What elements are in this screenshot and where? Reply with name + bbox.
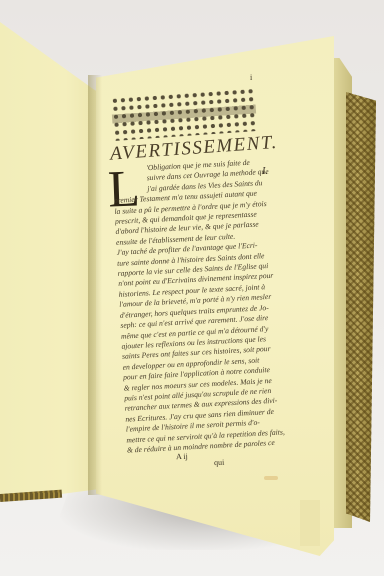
body-text: 'Obligation que je me suis faite de suiv… bbox=[112, 156, 307, 456]
page-corner bbox=[300, 500, 320, 546]
signature-mark: A ij bbox=[176, 452, 188, 461]
gilt-tooled-cover-edge bbox=[346, 92, 376, 522]
book-photo: i AVERTISSEMENT. I. L 'Obligation que je… bbox=[0, 0, 384, 576]
gutter-shadow bbox=[88, 75, 102, 495]
catchword: qui bbox=[214, 458, 224, 467]
paper-stain bbox=[264, 476, 278, 480]
page-number: i bbox=[250, 73, 252, 82]
